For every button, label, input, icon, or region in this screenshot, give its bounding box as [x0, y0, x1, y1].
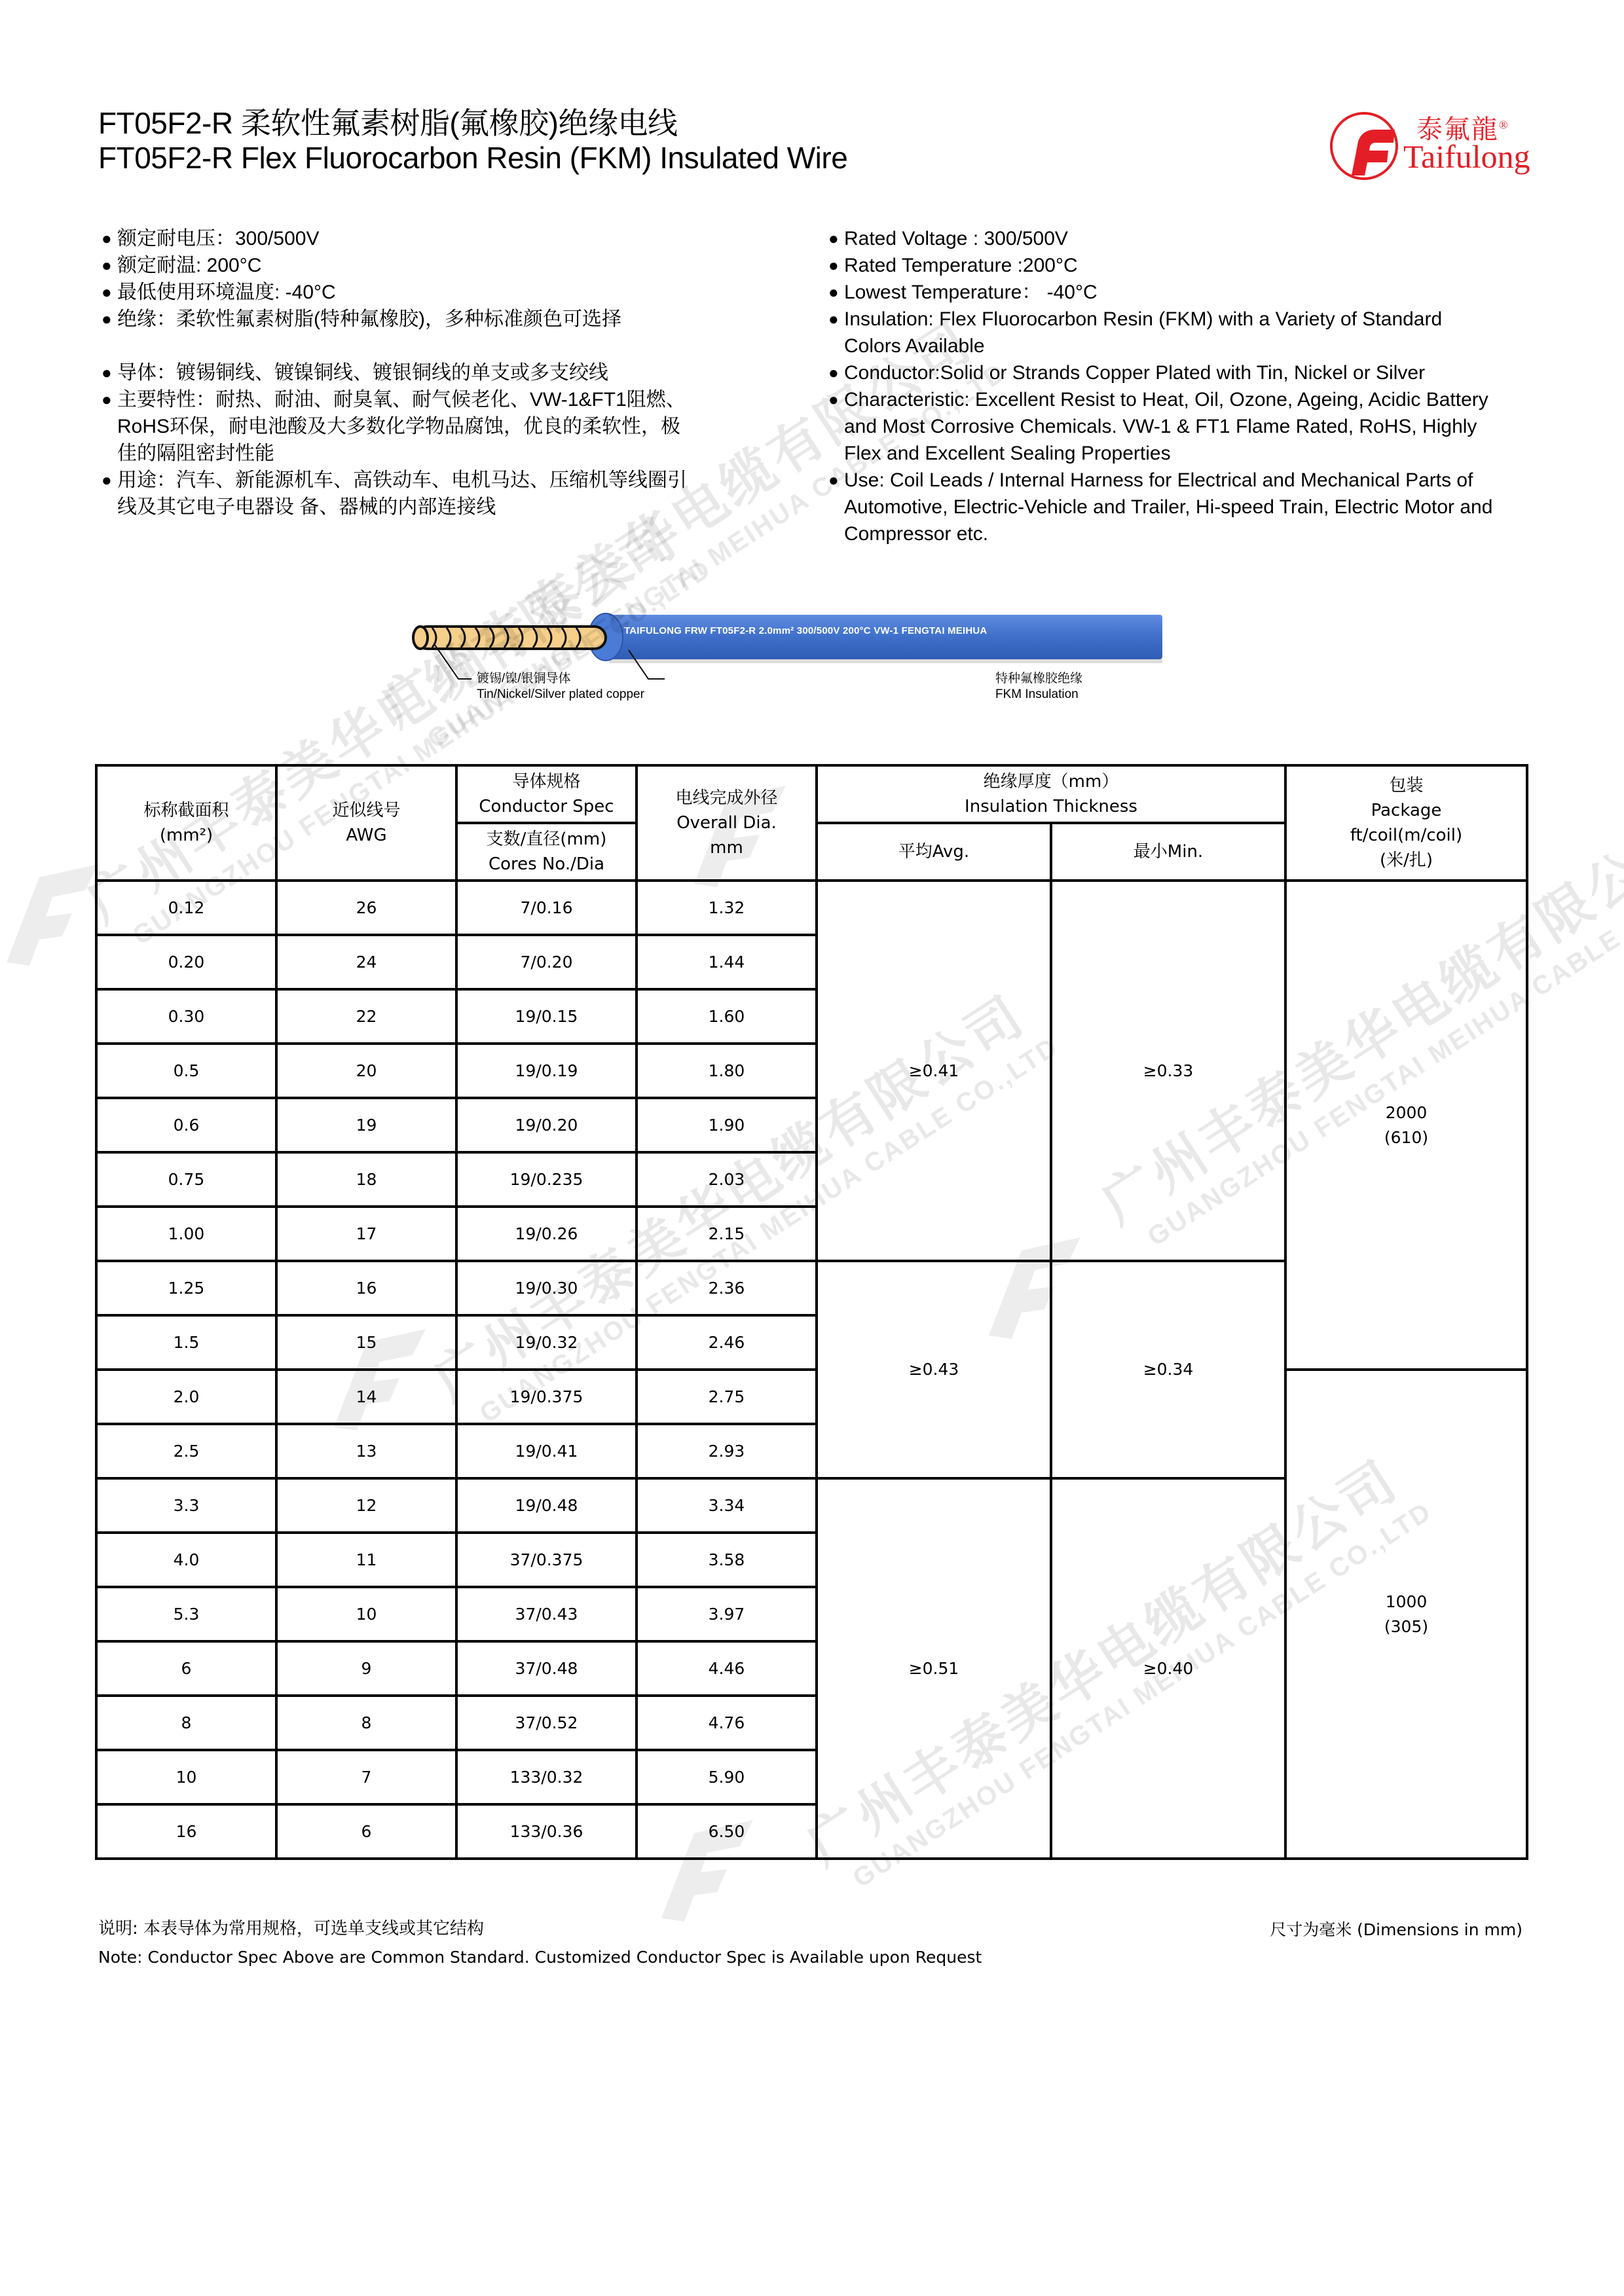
page-title-zh: FT05F2-R 柔软性氟素树脂(氟橡胶)绝缘电线 [98, 105, 678, 141]
features-list-en: ●Rated Voltage : 300/500V ●Rated Tempera… [828, 225, 1503, 547]
table-row: 2.01419/0.3752.751000(305) [96, 1370, 1527, 1424]
cell-awg: 20 [276, 1044, 456, 1098]
cell-area: 2.5 [96, 1424, 276, 1478]
features-list-zh: ●额定耐电压：300/500V ●额定耐温: 200°C ●最低使用环境温度: … [101, 225, 743, 520]
feature-temperature-zh: ●额定耐温: 200°C [101, 252, 743, 279]
cell-area: 16 [96, 1804, 276, 1859]
cell-awg: 22 [276, 989, 456, 1044]
cell-cores: 19/0.19 [456, 1044, 637, 1098]
cell-cores: 19/0.32 [456, 1315, 637, 1370]
cell-awg: 6 [276, 1804, 456, 1859]
cell-cores: 19/0.235 [456, 1152, 637, 1207]
cell-cores: 7/0.16 [456, 881, 637, 935]
cell-awg: 16 [276, 1261, 456, 1315]
feature-conductor-zh: ●导体：镀锡铜线、镀镍铜线、镀银铜线的单支或多支绞线 [101, 359, 743, 386]
feature-temperature-en: ●Rated Temperature :200°C [828, 252, 1503, 279]
cell-insulation-avg: ≥0.51 [817, 1478, 1051, 1859]
header-cores-dia: 支数/直径(mm)Cores No./Dia [456, 823, 637, 881]
cell-awg: 15 [276, 1315, 456, 1370]
header-awg: 近似线号AWG [276, 765, 456, 881]
cell-cores: 133/0.32 [456, 1750, 637, 1804]
cell-overall-dia: 1.90 [637, 1098, 817, 1152]
cell-overall-dia: 1.60 [637, 989, 817, 1044]
cell-awg: 13 [276, 1424, 456, 1478]
note-en: Note: Conductor Spec Above are Common St… [98, 1948, 982, 1967]
header-insulation-avg: 平均Avg. [817, 823, 1051, 881]
cell-overall-dia: 4.46 [637, 1641, 817, 1696]
cell-insulation-avg: ≥0.43 [817, 1261, 1051, 1478]
cell-area: 10 [96, 1750, 276, 1804]
cell-area: 0.5 [96, 1044, 276, 1098]
wire-print-text: TAIFULONG FRW FT05F2-R 2.0mm² 300/500V 2… [624, 625, 987, 636]
cell-cores: 19/0.26 [456, 1207, 637, 1261]
feature-lowest-temp-en: ●Lowest Temperature： -40°C [828, 279, 1503, 306]
feature-characteristic-zh: ●主要特性：耐热、耐油、耐臭氧、耐气候老化、VW-1&FT1阻燃、RoHS环保，… [101, 386, 687, 467]
cell-cores: 19/0.15 [456, 989, 637, 1044]
feature-use-en: ●Use: Coil Leads / Internal Harness for … [828, 467, 1499, 547]
cell-overall-dia: 3.34 [637, 1478, 817, 1533]
cell-awg: 7 [276, 1750, 456, 1804]
cell-overall-dia: 6.50 [637, 1804, 817, 1859]
header-area: 标称截面积(mm²) [96, 765, 276, 881]
cell-area: 2.0 [96, 1370, 276, 1424]
cell-area: 1.25 [96, 1261, 276, 1315]
cell-cores: 19/0.48 [456, 1478, 637, 1533]
spec-table: 标称截面积(mm²) 近似线号AWG 导体规格Conductor Spec 电线… [95, 764, 1528, 1860]
feature-insulation-en: ●Insulation: Flex Fluorocarbon Resin (FK… [828, 306, 1473, 359]
cell-insulation-avg: ≥0.41 [817, 881, 1051, 1261]
cell-area: 8 [96, 1696, 276, 1750]
cell-cores: 37/0.43 [456, 1587, 637, 1641]
cell-overall-dia: 3.97 [637, 1587, 817, 1641]
cell-awg: 17 [276, 1207, 456, 1261]
cell-area: 4.0 [96, 1533, 276, 1587]
cell-cores: 7/0.20 [456, 935, 637, 989]
cell-cores: 19/0.41 [456, 1424, 637, 1478]
cell-cores: 37/0.48 [456, 1641, 637, 1696]
spec-table-body: 0.12267/0.161.32≥0.41≥0.332000(610)0.202… [96, 881, 1527, 1859]
feature-voltage-en: ●Rated Voltage : 300/500V [828, 225, 1503, 252]
cell-package: 1000(305) [1285, 1370, 1527, 1859]
cell-awg: 14 [276, 1370, 456, 1424]
cell-overall-dia: 2.93 [637, 1424, 817, 1478]
cell-overall-dia: 2.15 [637, 1207, 817, 1261]
cell-insulation-min: ≥0.34 [1051, 1261, 1285, 1478]
cell-overall-dia: 1.80 [637, 1044, 817, 1098]
cell-area: 0.20 [96, 935, 276, 989]
conductor-label: 镀锡/镍/银铜导体 Tin/Nickel/Silver plated coppe… [477, 671, 644, 702]
cell-overall-dia: 3.58 [637, 1533, 817, 1587]
header-conductor-spec: 导体规格Conductor Spec [456, 765, 637, 823]
cell-overall-dia: 1.32 [637, 881, 817, 935]
cell-awg: 19 [276, 1098, 456, 1152]
cell-package: 2000(610) [1285, 881, 1527, 1370]
cell-cores: 19/0.30 [456, 1261, 637, 1315]
feature-lowest-temp-zh: ●最低使用环境温度: -40°C [101, 279, 743, 306]
cell-area: 0.75 [96, 1152, 276, 1207]
feature-characteristic-en: ●Characteristic: Excellent Resist to Hea… [828, 386, 1503, 467]
page-title-en: FT05F2-R Flex Fluorocarbon Resin (FKM) I… [98, 139, 847, 176]
cell-overall-dia: 2.75 [637, 1370, 817, 1424]
cell-awg: 26 [276, 881, 456, 935]
cell-awg: 9 [276, 1641, 456, 1696]
cell-awg: 11 [276, 1533, 456, 1587]
cell-overall-dia: 1.44 [637, 935, 817, 989]
cell-area: 5.3 [96, 1587, 276, 1641]
cell-insulation-min: ≥0.33 [1051, 881, 1285, 1261]
cell-awg: 18 [276, 1152, 456, 1207]
cell-area: 0.6 [96, 1098, 276, 1152]
cell-area: 3.3 [96, 1478, 276, 1533]
wire-diagram: TAIFULONG FRW FT05F2-R 2.0mm² 300/500V 2… [406, 606, 1166, 710]
cell-cores: 19/0.20 [456, 1098, 637, 1152]
feature-voltage-zh: ●额定耐电压：300/500V [101, 225, 743, 252]
cell-overall-dia: 2.03 [637, 1152, 817, 1207]
cell-cores: 37/0.375 [456, 1533, 637, 1587]
note-units: 尺寸为毫米 (Dimensions in mm) [1270, 1917, 1522, 1941]
cell-awg: 12 [276, 1478, 456, 1533]
cell-area: 6 [96, 1641, 276, 1696]
cell-area: 1.5 [96, 1315, 276, 1370]
taifulong-logo: 泰氟龍® Taifulong [1328, 105, 1538, 183]
cell-area: 0.12 [96, 881, 276, 935]
header-insulation-thickness: 绝缘厚度（mm）Insulation Thickness [817, 765, 1285, 823]
cell-overall-dia: 5.90 [637, 1750, 817, 1804]
cell-cores: 133/0.36 [456, 1804, 637, 1859]
cell-awg: 24 [276, 935, 456, 989]
cell-overall-dia: 2.46 [637, 1315, 817, 1370]
cell-insulation-min: ≥0.40 [1051, 1478, 1285, 1859]
insulation-label: 特种氟橡胶绝缘 FKM Insulation [995, 671, 1082, 702]
header-overall-dia: 电线完成外径Overall Dia.mm [637, 765, 817, 881]
cell-cores: 37/0.52 [456, 1696, 637, 1750]
watermark-logo-icon [0, 851, 98, 969]
cell-overall-dia: 4.76 [637, 1696, 817, 1750]
cell-cores: 19/0.375 [456, 1370, 637, 1424]
cell-awg: 8 [276, 1696, 456, 1750]
note-zh: 说明: 本表导体为常用规格，可选单支线或其它结构 [98, 1915, 484, 1939]
cell-area: 0.30 [96, 989, 276, 1044]
feature-conductor-en: ●Conductor:Solid or Strands Copper Plate… [828, 359, 1503, 386]
cell-area: 1.00 [96, 1207, 276, 1261]
cell-awg: 10 [276, 1587, 456, 1641]
cell-overall-dia: 2.36 [637, 1261, 817, 1315]
header-insulation-min: 最小Min. [1051, 823, 1285, 881]
feature-use-zh: ●用途：汽车、新能源机车、高铁动车、电机马达、压缩机等线圈引线及其它电子电器设 … [101, 467, 693, 520]
logo-name-en: Taifulong [1403, 137, 1530, 175]
header-package: 包装Packageft/coil(m/coil)(米/扎) [1285, 765, 1527, 881]
table-row: 0.12267/0.161.32≥0.41≥0.332000(610) [96, 881, 1527, 935]
feature-insulation-zh: ●绝缘：柔软性氟素树脂(特种氟橡胶)，多种标准颜色可选择 [101, 306, 743, 333]
taifulong-f-icon [1328, 110, 1400, 182]
